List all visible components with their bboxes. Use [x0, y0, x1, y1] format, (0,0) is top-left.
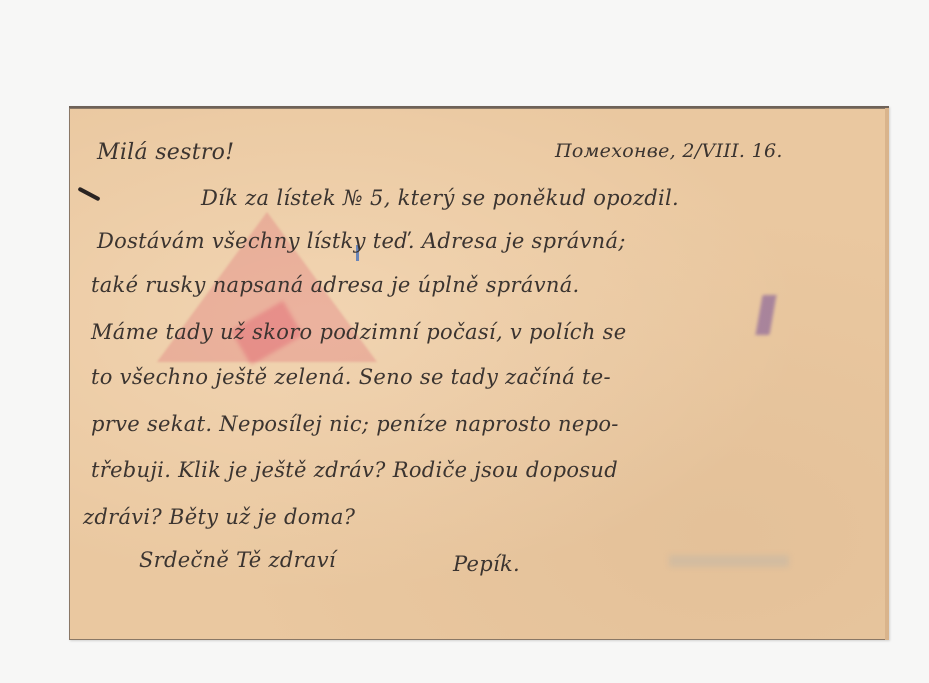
salutation: Milá sestro!	[97, 140, 234, 165]
letter-line-3: také rusky napsaná adresa je úplně správ…	[91, 273, 580, 297]
letter-line-7: třebuji. Klik je ještě zdráv? Rodiče jso…	[91, 458, 618, 482]
signature: Pepík.	[453, 552, 520, 576]
violet-censor-mark	[755, 295, 776, 335]
closing: Srdečně Tě zdraví	[139, 548, 336, 572]
letter-line-4: Máme tady už skoro podzimní počasí, v po…	[91, 320, 626, 344]
card-edge	[885, 108, 889, 640]
postcard: Milá sestro! Помехонве, 2/VIII. 16. Dík …	[69, 106, 889, 640]
faint-smudge	[669, 555, 789, 567]
ink-stroke-mark	[77, 187, 100, 202]
letter-line-6: prve sekat. Neposílej nic; peníze napros…	[91, 412, 619, 436]
place-date: Помехонве, 2/VIII. 16.	[555, 140, 783, 162]
letter-line-1: Dík za lístek № 5, který se poněkud opoz…	[201, 186, 679, 210]
letter-line-5: to všechno ještě zelená. Seno se tady za…	[91, 365, 611, 389]
letter-line-8: zdrávi? Běty už je doma?	[83, 505, 355, 529]
letter-line-2: Dostávám všechny lístky teď. Adresa je s…	[97, 229, 626, 253]
